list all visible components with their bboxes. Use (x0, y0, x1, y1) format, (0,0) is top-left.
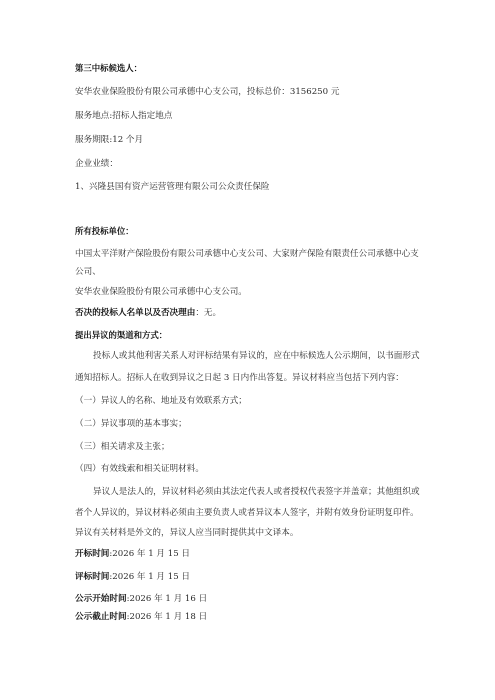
time-value: :2026 年 1 月 16 日 (127, 594, 208, 604)
time-value: :2026 年 1 月 15 日 (109, 549, 190, 559)
all-bidders-line: 公司、 (75, 266, 101, 278)
time-bid-opening: 开标时间:2026 年 1 月 15 日 (75, 548, 190, 560)
objection-para2-line: 异议人是法人的，异议材料必须由其法定代表人或者授权代表签字并盖章；其他组织或 (93, 486, 420, 498)
service-period: 服务期限:12 个月 (75, 134, 143, 146)
all-bidders-line: 中国太平洋财产保险股份有限公司承德中心支公司、大家财产保险有限责任公司承德中心支 (75, 248, 419, 260)
objection-para2-line: 者个人异议的，异议材料必须由主要负责人或者异议本人签字，并附有效身份证明复印件。 (75, 507, 419, 519)
performance-item: 1、兴隆县国有资产运营管理有限公司公众责任保险 (75, 181, 270, 193)
third-candidate-bid: 安华农业保险股份有限公司承德中心支公司，投标总价：3156250 元 (75, 86, 339, 98)
time-label: 开标时间 (75, 549, 109, 559)
document-page: 第三中标候选人： 安华农业保险股份有限公司承德中心支公司，投标总价：315625… (0, 0, 495, 700)
objection-para1-line: 通知招标人。招标人在收到异议之日起 3 日内作出答复。异议材料应当包括下列内容： (75, 372, 404, 384)
time-publicity-end: 公示截止时间:2026 年 1 月 18 日 (75, 611, 207, 623)
time-label: 公示截止时间 (75, 612, 127, 622)
rejected-bidders: 否决的投标人名单以及否决理由：无。 (75, 307, 221, 319)
objection-item: （一）异议人的名称、地址及有效联系方式； (75, 395, 247, 407)
all-bidders-line: 安华农业保险股份有限公司承德中心支公司。 (75, 286, 247, 298)
objection-item: （三）相关请求及主张； (75, 441, 170, 453)
time-label: 评标时间 (75, 572, 109, 582)
time-evaluation: 评标时间:2026 年 1 月 15 日 (75, 571, 190, 583)
third-candidate-heading: 第三中标候选人： (75, 62, 142, 74)
objection-para1-line: 投标人或其他利害关系人对评标结果有异议的，应在中标候选人公示期间，以书面形式 (93, 350, 420, 362)
rejected-value: ：无。 (195, 308, 221, 318)
time-value: :2026 年 1 月 18 日 (127, 612, 208, 622)
time-value: :2026 年 1 月 15 日 (109, 572, 190, 582)
rejected-label: 否决的投标人名单以及否决理由 (75, 308, 195, 318)
service-location: 服务地点:招标人指定地点 (75, 110, 172, 122)
performance-label: 企业业绩： (75, 158, 118, 170)
time-publicity-start: 公示开始时间:2026 年 1 月 16 日 (75, 593, 207, 605)
objection-item: （四）有效线索和相关证明材料。 (75, 463, 204, 475)
all-bidders-heading: 所有投标单位： (75, 225, 134, 237)
objection-item: （二）异议事项的基本事实； (75, 418, 187, 430)
time-label: 公示开始时间 (75, 594, 127, 604)
objection-para2-line: 异议有关材料是外文的，异议人应当同时提供其中文译本。 (75, 527, 298, 539)
objection-heading: 提出异议的渠道和方式： (75, 329, 167, 341)
